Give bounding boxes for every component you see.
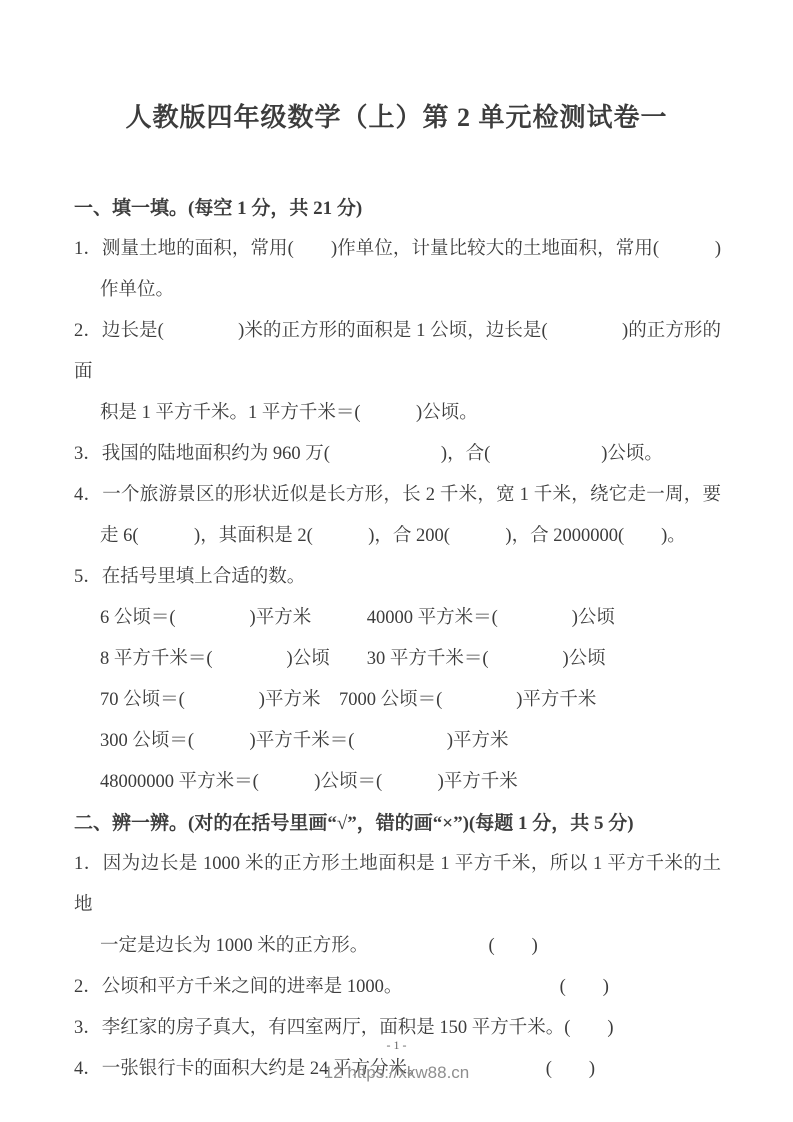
s1-question-1-line-2: 作单位。 — [74, 270, 721, 311]
s1-q5-conversion-row: 300 公顷＝( )平方千米＝( )平方米 — [74, 721, 721, 762]
page-number: - 1 - — [0, 1036, 793, 1054]
s1-q5-conversion-row: 48000000 平方米＝( )公顷＝( )平方千米 — [74, 762, 721, 803]
footer-link: 12 https://xkw88.cn — [0, 1060, 793, 1086]
section-two-heading: 二、辨一辨。(对的在括号里画“√”，错的画“×”)(每题 1 分，共 5 分) — [74, 803, 721, 844]
s2-question-2: 2．公顷和平方千米之间的进率是 1000。 ( ) — [74, 967, 721, 1008]
worksheet-page: 人教版四年级数学（上）第 2 单元检测试卷一 一、填一填。(每空 1 分，共 2… — [0, 0, 793, 1122]
s1-q5-conversion-row: 6 公顷＝( )平方米 40000 平方米＝( )公顷 — [74, 598, 721, 639]
s2-question-1-line-1: 1．因为边长是 1000 米的正方形土地面积是 1 平方千米，所以 1 平方千米… — [74, 844, 721, 926]
s1-question-2-line-1: 2．边长是( )米的正方形的面积是 1 公顷，边长是( )的正方形的面 — [74, 311, 721, 393]
section-fill-in-blanks: 一、填一填。(每空 1 分，共 21 分) 1．测量土地的面积，常用( )作单位… — [74, 188, 721, 803]
s1-question-4-line-1: 4．一个旅游景区的形状近似是长方形，长 2 千米，宽 1 千米，绕它走一周，要 — [74, 475, 721, 516]
s1-question-3: 3．我国的陆地面积约为 960 万( )，合( )公顷。 — [74, 434, 721, 475]
s1-question-1-line-1: 1．测量土地的面积，常用( )作单位，计量比较大的土地面积，常用( ) — [74, 229, 721, 270]
s1-question-2-line-2: 积是 1 平方千米。1 平方千米＝( )公顷。 — [74, 393, 721, 434]
page-title: 人教版四年级数学（上）第 2 单元检测试卷一 — [0, 0, 793, 138]
s1-question-4-line-2: 走 6( )，其面积是 2( )，合 200( )，合 2000000( )。 — [74, 516, 721, 557]
worksheet-body: 一、填一填。(每空 1 分，共 21 分) 1．测量土地的面积，常用( )作单位… — [0, 188, 793, 1090]
section-one-heading: 一、填一填。(每空 1 分，共 21 分) — [74, 188, 721, 229]
s1-question-5-heading: 5．在括号里填上合适的数。 — [74, 557, 721, 598]
s1-q5-conversion-row: 8 平方千米＝( )公顷 30 平方千米＝( )公顷 — [74, 639, 721, 680]
s1-q5-conversion-row: 70 公顷＝( )平方米 7000 公顷＝( )平方千米 — [74, 680, 721, 721]
s2-question-1-line-2: 一定是边长为 1000 米的正方形。 ( ) — [74, 926, 721, 967]
